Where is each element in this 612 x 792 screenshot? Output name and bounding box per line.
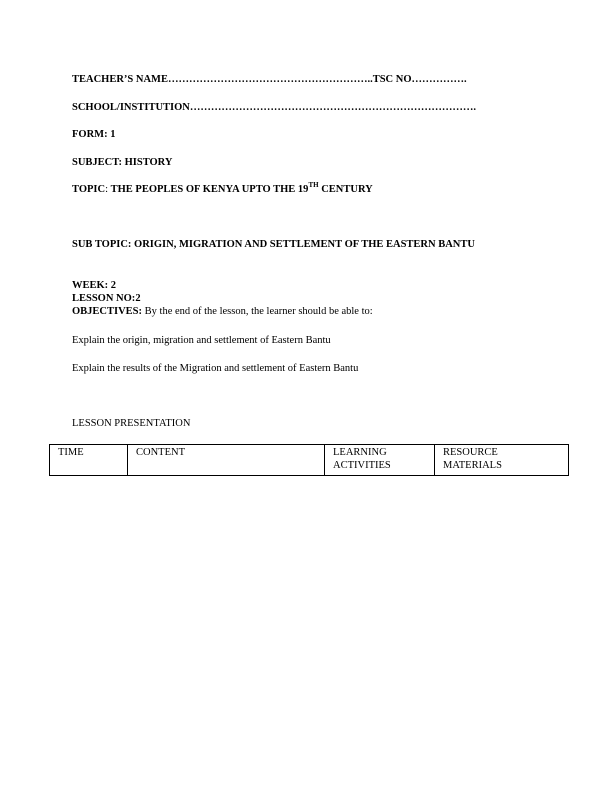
tsc-no-field[interactable]: ……………. [412, 74, 467, 85]
topic-colon: : [105, 184, 108, 195]
lesson-presentation-table: TIME CONTENT LEARNING ACTIVITIES RESOURC… [49, 444, 569, 476]
topic-value: THE PEOPLES OF KENYA UPTO THE 19TH CENTU… [111, 184, 373, 195]
teacher-name-field[interactable]: ………………………………………………….. [168, 74, 373, 85]
table-header-resource-materials: RESOURCE MATERIALS [435, 445, 569, 476]
school-row: SCHOOL/INSTITUTION…………………………………………………………… [72, 101, 476, 114]
form-value: 1 [110, 129, 115, 140]
topic-row: TOPIC: THE PEOPLES OF KENYA UPTO THE 19T… [72, 183, 373, 196]
teacher-name-row: TEACHER’S NAME…………………………………………………..TSC N… [72, 73, 467, 86]
table-header-learning-activities: LEARNING ACTIVITIES [325, 445, 435, 476]
week-label: WEEK: [72, 280, 108, 291]
table-header-time: TIME [50, 445, 128, 476]
objectives-intro: By the end of the lesson, the learner sh… [145, 306, 373, 317]
objective-item: Explain the origin, migration and settle… [72, 334, 331, 347]
objectives-row: OBJECTIVES: By the end of the lesson, th… [72, 305, 373, 318]
table-header-content: CONTENT [128, 445, 325, 476]
table-header-row: TIME CONTENT LEARNING ACTIVITIES RESOURC… [50, 445, 569, 476]
lesson-no-row: LESSON NO:2 [72, 292, 141, 305]
school-label: SCHOOL/INSTITUTION [72, 102, 190, 113]
topic-superscript: TH [308, 181, 318, 189]
topic-value-suffix: CENTURY [321, 184, 373, 195]
subject-label: SUBJECT: [72, 157, 122, 168]
lesson-no-value: 2 [135, 293, 140, 304]
teacher-name-label: TEACHER’S NAME [72, 74, 168, 85]
form-row: FORM: 1 [72, 128, 115, 141]
lesson-no-label: LESSON NO: [72, 293, 135, 304]
objectives-label: OBJECTIVES: [72, 306, 142, 317]
topic-label: TOPIC [72, 184, 105, 195]
week-row: WEEK: 2 [72, 279, 116, 292]
school-field[interactable]: ………………………………………………………………………. [190, 102, 476, 113]
week-value: 2 [111, 280, 116, 291]
objective-item: Explain the results of the Migration and… [72, 362, 358, 375]
sub-topic-label: SUB TOPIC: [72, 239, 131, 250]
lesson-presentation-heading: LESSON PRESENTATION [72, 417, 190, 430]
sub-topic-value: ORIGIN, MIGRATION AND SETTLEMENT OF THE … [134, 239, 475, 250]
subject-row: SUBJECT: HISTORY [72, 156, 172, 169]
topic-value-prefix: THE PEOPLES OF KENYA UPTO THE 19 [111, 184, 309, 195]
sub-topic-row: SUB TOPIC: ORIGIN, MIGRATION AND SETTLEM… [72, 238, 475, 251]
subject-value: HISTORY [125, 157, 173, 168]
tsc-no-label: TSC NO [373, 74, 412, 85]
form-label: FORM: [72, 129, 108, 140]
